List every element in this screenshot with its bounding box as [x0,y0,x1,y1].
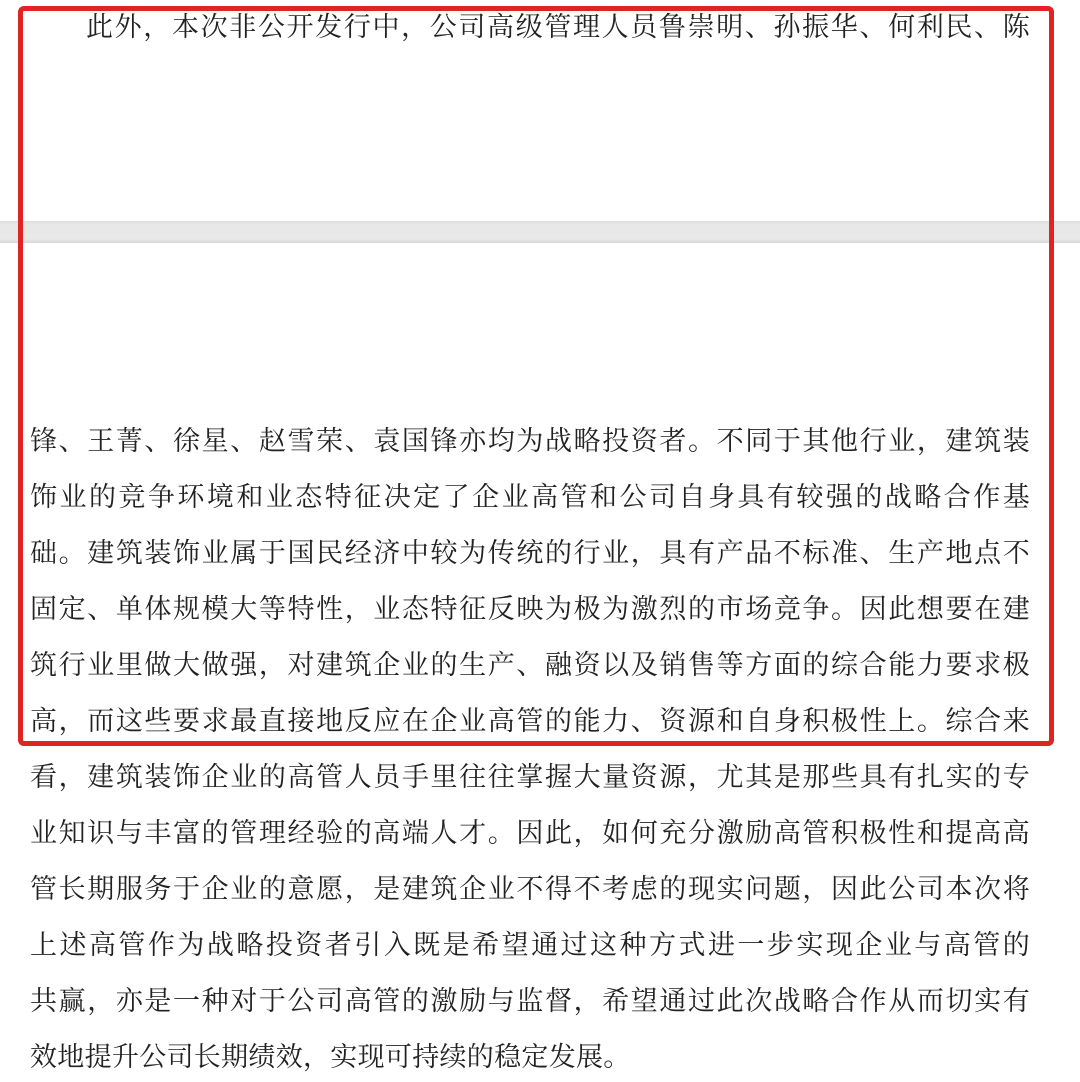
paragraph-line-13: 效地提升公司长期绩效，实现可持续的稳定发展。 [30,1038,1030,1078]
page-break-separator [0,221,1080,243]
paragraph-line-12: 共赢，亦是一种对于公司高管的激励与监督，希望通过此次战略合作从而切实有 [30,982,1030,1022]
paragraph-line-2: 锋、王菁、徐星、赵雪荣、袁国锋亦均为战略投资者。不同于其他行业，建筑装 [30,422,1030,462]
paragraph-line-9: 业知识与丰富的管理经验的高端人才。因此，如何充分激励高管积极性和提高高 [30,814,1030,854]
paragraph-line-8: 看，建筑装饰企业的高管人员手里往往掌握大量资源，尤其是那些具有扎实的专 [30,758,1030,798]
paragraph-line-7: 高，而这些要求最直接地反应在企业高管的能力、资源和自身积极性上。综合来 [30,702,1030,742]
paragraph-line-5: 固定、单体规模大等特性，业态特征反映为极为激烈的市场竞争。因此想要在建 [30,590,1030,630]
paragraph-line-1: 此外，本次非公开发行中，公司高级管理人员鲁崇明、孙振华、何利民、陈 [86,8,1030,48]
paragraph-line-3: 饰业的竞争环境和业态特征决定了企业高管和公司自身具有较强的战略合作基 [30,478,1030,518]
paragraph-line-4: 础。建筑装饰业属于国民经济中较为传统的行业，具有产品不标准、生产地点不 [30,534,1030,574]
paragraph-line-6: 筑行业里做大做强，对建筑企业的生产、融资以及销售等方面的综合能力要求极 [30,646,1030,686]
paragraph-line-11: 上述高管作为战略投资者引入既是希望通过这种方式进一步实现企业与高管的 [30,926,1030,966]
paragraph-line-10: 管长期服务于企业的意愿，是建筑企业不得不考虑的现实问题，因此公司本次将 [30,870,1030,910]
red-highlight-box [18,6,1054,746]
